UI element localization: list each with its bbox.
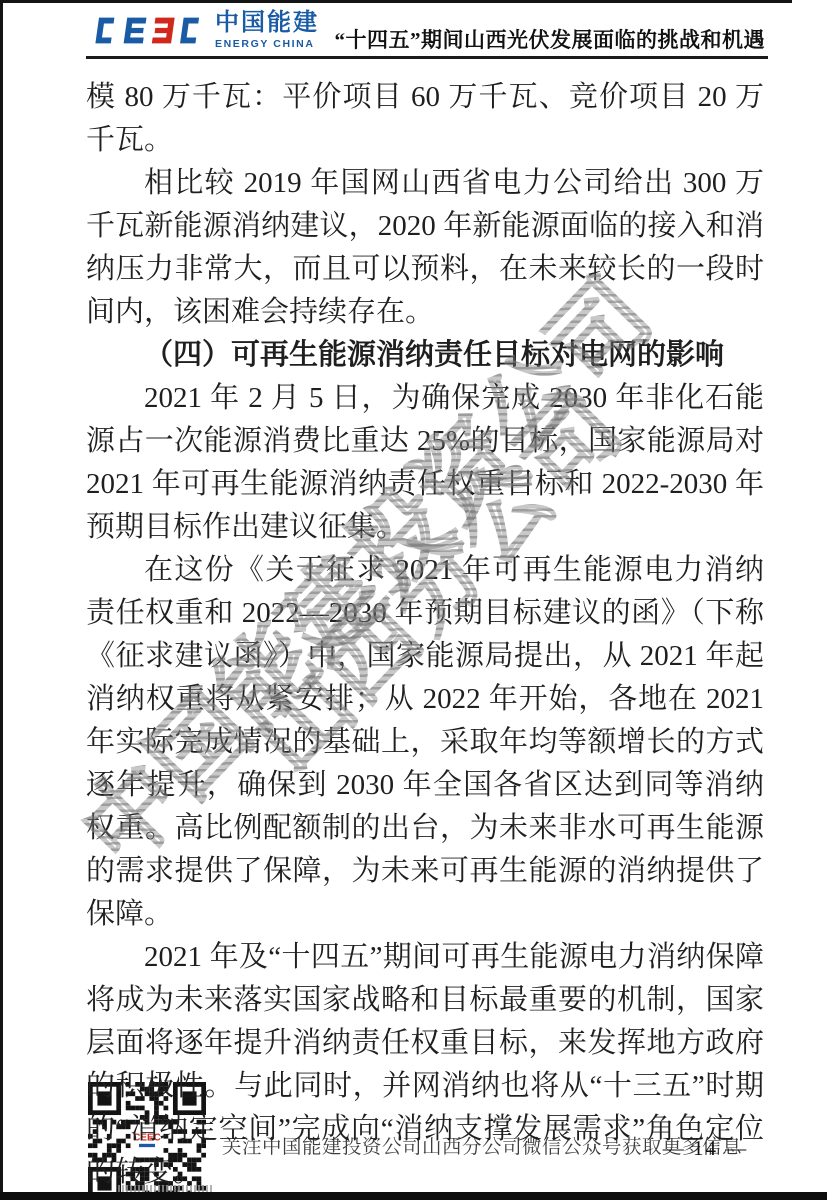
logo-text: 中国能建 ENERGY CHINA (215, 11, 319, 50)
paragraph: 模 80 万千瓦：平价项目 60 万千瓦、竞价项目 20 万千瓦。 (86, 76, 764, 162)
document-title: “十四五”期间山西光伏发展面临的挑战和机遇 (335, 24, 766, 54)
header: 中国能建 ENERGY CHINA (88, 11, 319, 50)
paragraph: 2021 年 2 月 5 日，为确保完成 2030 年非化石能源占一次能源消费比… (86, 377, 764, 549)
body-text: 模 80 万千瓦：平价项目 60 万千瓦、竞价项目 20 万千瓦。 相比较 20… (86, 76, 764, 1194)
section-heading: （四）可再生能源消纳责任目标对电网的影响 (86, 334, 764, 377)
header-rule (86, 56, 768, 59)
logo-name-cn: 中国能建 (215, 11, 319, 35)
paragraph: 2021 年及“十四五”期间可再生能源电力消纳保障将成为未来落实国家战略和目标最… (86, 936, 764, 1194)
scanned-report-page: { "header": { "logo": { "name_cn": "中国能建… (0, 0, 827, 1200)
logo-name-en: ENERGY CHINA (215, 39, 319, 50)
paragraph: 在这份《关于征求 2021 年可再生能源电力消纳责任权重和 2022—2030 … (86, 549, 764, 936)
ceec-logo-icon (88, 13, 206, 48)
scan-edge-left (0, 0, 3, 1200)
scan-edge-top (0, 0, 792, 3)
paragraph: 相比较 2019 年国网山西省电力公司给出 300 万千瓦新能源消纳建议，202… (86, 162, 764, 334)
